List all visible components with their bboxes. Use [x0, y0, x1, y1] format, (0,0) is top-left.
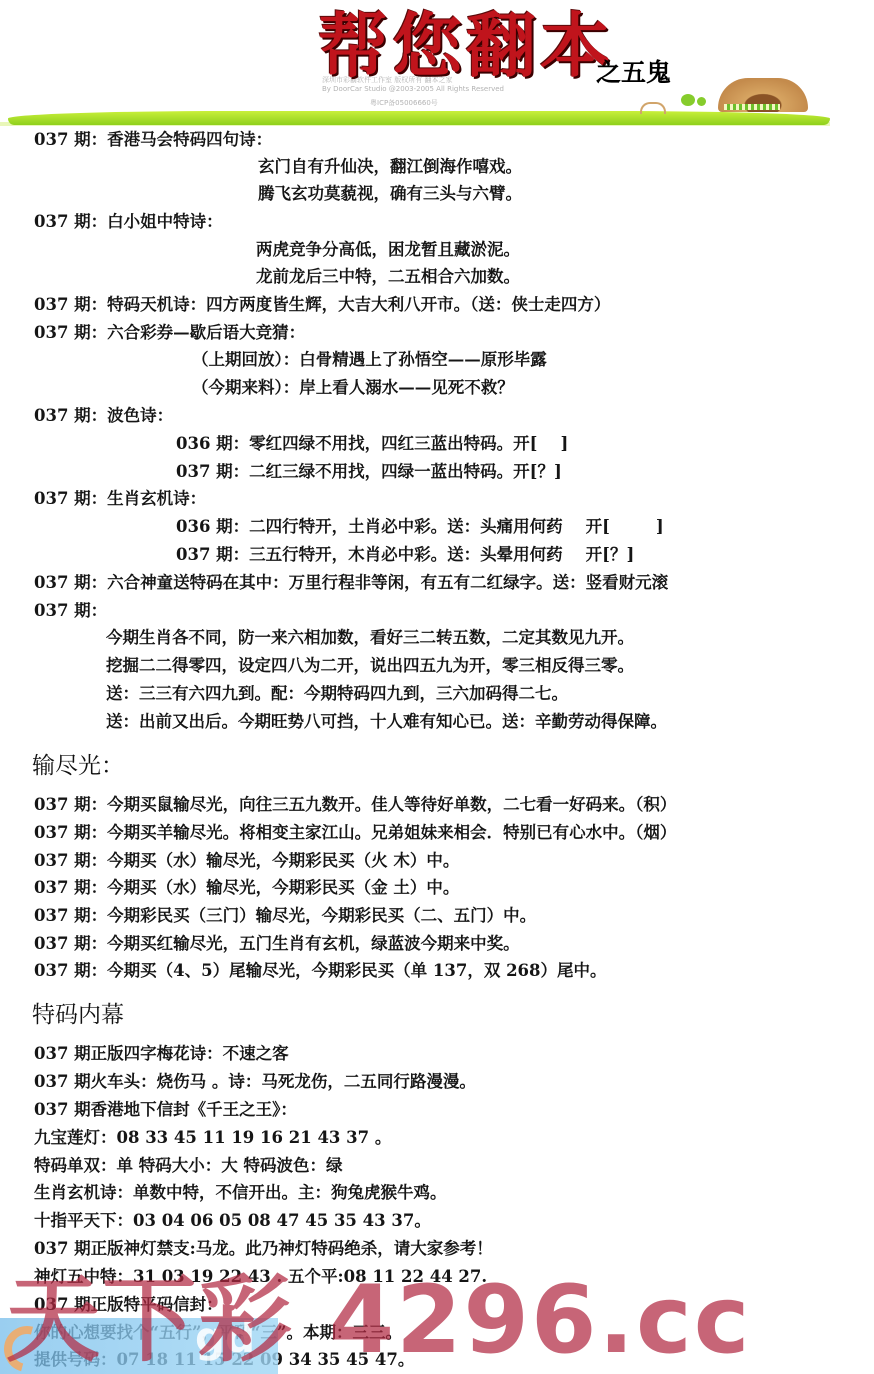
bose-line: 036 期：零红四绿不用找，四红三蓝出特码。开[ ]: [176, 433, 568, 455]
poem-hk-label: 037 期：香港马会特码四句诗：: [34, 129, 272, 151]
banner-credit: 粤ICP备05006660号: [370, 98, 438, 108]
inside-line: 生肖玄机诗：单数中特，不信开出。主：狗兔虎猴牛鸡。: [34, 1182, 447, 1204]
xiehouyu-line: （今期来料）：岸上看人溺水——见死不救？: [192, 377, 514, 399]
riddle-line: 今期生肖各不同，防一来六相加数，看好三二转五数，二定其数见九开。: [106, 627, 634, 649]
lose-all-line: 037 期：今期买（水）输尽光，今期彩民买（火 木）中。: [34, 850, 459, 872]
inside-line: 十指平天下：03 04 06 05 08 47 45 35 43 37。: [34, 1210, 431, 1232]
poem-line: 龙前龙后三中特，二五相合六加数。: [256, 266, 520, 288]
inside-line: 037 期香港地下信封《千王之王》：: [34, 1099, 297, 1121]
riddle-line: 挖掘二二得零四，设定四八为二开，说出四五九为开，零三相反得三零。: [106, 655, 634, 677]
lose-all-line: 037 期：今期买羊输尽光。将相变主家江山。兄弟姐妹来相会．特别已有心水中。（烟…: [34, 822, 676, 844]
shengxiao-line: 037 期：三五行特开，木肖必中彩。送：头晕用何药 开[？]: [176, 544, 634, 566]
poem-white-label: 037 期：白小姐中特诗：: [34, 211, 223, 233]
lose-all-line: 037 期：今期彩民买（三门）输尽光，今期彩民买（二、五门）中。: [34, 905, 536, 927]
inside-line: 037 期火车头：烧伤马 。诗：马死龙伤，二五同行路漫漫。: [34, 1071, 476, 1093]
shentong-line: 037 期：六合神童送特码在其中：万里行程非等闲，有五有二红绿字。送：竖看财元滚: [34, 572, 668, 594]
poem-line: 玄门自有升仙决，翻江倒海作嘻戏。: [258, 156, 522, 178]
xiehouyu-label: 037 期：六合彩券—歇后语大竞猜：: [34, 322, 305, 344]
tree-icon: [681, 94, 695, 106]
page-title: 帮您翻本: [318, 6, 614, 86]
page-subtitle: 之五鬼: [596, 58, 671, 88]
lose-all-line: 037 期：今期买（水）输尽光，今期彩民买（金 土）中。: [34, 877, 459, 899]
bose-line: 037 期：二红三绿不用找，四绿一蓝出特码。开[？]: [176, 461, 562, 483]
poem-line: 两虎竞争分高低，困龙暂且藏淤泥。: [256, 239, 520, 261]
bose-label: 037 期：波色诗：: [34, 405, 173, 427]
banner: 深圳市彩霸软件工作室 版权所有 翻本之家 By DoorCar Studio @…: [0, 0, 874, 128]
shengxiao-label: 037 期：生肖玄机诗：: [34, 488, 206, 510]
lose-all-line: 037 期：今期买红输尽光，五门生肖有玄机，绿蓝波今期来中奖。: [34, 933, 520, 955]
riddle-line: 送：三三有六四九到。配：今期特码四九到，三六加码得二七。: [106, 683, 568, 705]
watermark-text: 天下彩 4296.cc: [6, 1266, 752, 1374]
xiehouyu-line: （上期回放）：白骨精遇上了孙悟空——原形毕露: [192, 349, 547, 371]
hut-icon: [640, 102, 666, 114]
lose-all-line: 037 期：今期买鼠输尽光，向往三五九数开。佳人等待好单数，二七看一好码来。（积…: [34, 794, 676, 816]
inside-line: 037 期正版神灯禁支:马龙。此乃神灯特码绝杀，请大家参考！: [34, 1238, 493, 1260]
inside-heading: 特码内幕: [32, 1001, 124, 1029]
riddle-line: 送：出前又出后。今期旺势八可挡，十人难有知心已。送：辛勤劳动得保障。: [106, 711, 667, 733]
riddle-label: 037 期：: [34, 600, 107, 622]
inside-line: 037 期正版四字梅花诗：不速之客: [34, 1043, 289, 1065]
tree-icon: [697, 97, 706, 106]
tianji-line: 037 期：特码天机诗：四方两度皆生辉，大吉大利八开市。（送：侠士走四方）: [34, 294, 610, 316]
lose-all-heading: 输尽光：: [32, 752, 124, 780]
inside-line: 特码单双：单 特码大小：大 特码波色：绿: [34, 1155, 343, 1177]
grass-hill: [8, 111, 830, 125]
fence-icon: [724, 104, 780, 110]
shengxiao-line: 036 期：二四行特开，土肖必中彩。送：头痛用何药 开[ ]: [176, 516, 664, 538]
lose-all-line: 037 期：今期买（4、5）尾输尽光，今期彩民买（单 137，双 268）尾中。: [34, 960, 607, 982]
inside-line: 九宝莲灯：08 33 45 11 19 16 21 43 37 。: [34, 1127, 391, 1149]
poem-line: 腾飞玄功莫藐视，确有三头与六臂。: [258, 183, 522, 205]
